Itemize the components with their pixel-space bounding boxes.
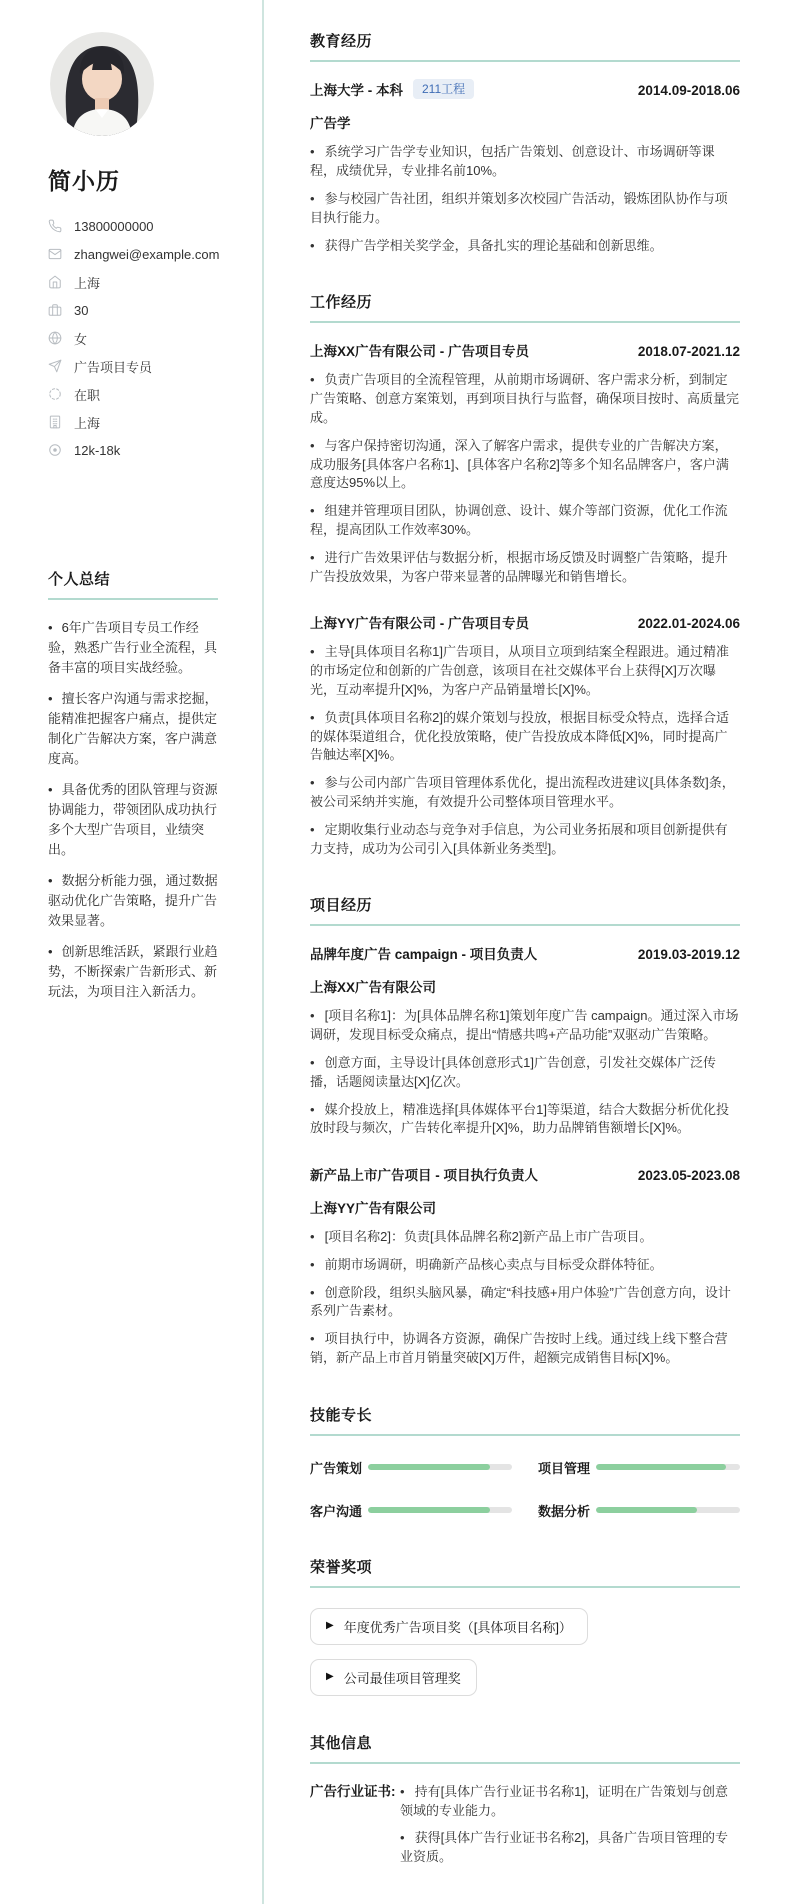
- bullet-item: 负责[具体项目名称2]的媒介策划与投放，根据目标受众特点，选择合适的媒体渠道组合…: [310, 709, 740, 765]
- school-badge: 211工程: [413, 79, 474, 99]
- bullet-item: 创意阶段，组织头脑风暴，确定“科技感+用户体验”广告创意方向，设计系列广告素材。: [310, 1284, 740, 1322]
- personal-summary-section: 个人总结 6年广告项目专员工作经验，熟悉广告行业全流程，具备丰富的项目实战经验。…: [48, 568, 218, 1002]
- project-date: 2019.03-2019.12: [638, 947, 740, 962]
- profile-photo: [50, 32, 154, 136]
- contact-city: 上海: [48, 268, 218, 296]
- contact-text: 在职: [74, 385, 100, 404]
- work-bullet-list: 负责广告项目的全流程管理，从前期市场调研、客户需求分析，到制定广告策略、创意方案…: [310, 371, 740, 586]
- resume-page: 简小历 13800000000 zhangwei@example.com 上海: [0, 0, 794, 1904]
- work-date: 2018.07-2021.12: [638, 344, 740, 359]
- contact-email: zhangwei@example.com: [48, 240, 218, 268]
- bullet-item: 与客户保持密切沟通，深入了解客户需求，提供专业的广告解决方案，成功服务[具体客户…: [310, 437, 740, 493]
- skill-label: 客户沟通: [310, 1501, 368, 1520]
- personal-summary-title: 个人总结: [48, 568, 218, 600]
- work-bullet-list: 主导[具体项目名称1]广告项目，从项目立项到结案全程跟进。通过精准的市场定位和创…: [310, 643, 740, 858]
- bullet-item: 参与校园广告社团，组织并策划多次校园广告活动，锻炼团队协作与项目执行能力。: [310, 190, 740, 228]
- contact-text: 女: [74, 329, 87, 348]
- other-info-title: 其他信息: [310, 1732, 740, 1764]
- award-label: 公司最佳项目管理奖: [344, 1668, 461, 1687]
- bullet-item: 媒介投放上，精准选择[具体媒体平台1]等渠道，结合大数据分析优化投放时段与频次，…: [310, 1101, 740, 1139]
- skill-bar-fill: [596, 1507, 697, 1513]
- personal-summary-list: 6年广告项目专员工作经验，熟悉广告行业全流程，具备丰富的项目实战经验。 擅长客户…: [48, 618, 218, 1002]
- bullet-item: [项目名称1]：为[具体品牌名称1]策划年度广告 campaign。通过深入市场…: [310, 1007, 740, 1045]
- skill-bar: [596, 1464, 740, 1470]
- award-pill: ▶ 公司最佳项目管理奖: [310, 1659, 477, 1696]
- work-date: 2022.01-2024.06: [638, 616, 740, 631]
- summary-bullet: 创新思维活跃，紧跟行业趋势，不断探索广告新形式、新玩法，为项目注入新活力。: [48, 942, 218, 1002]
- contact-text: 上海: [74, 413, 100, 432]
- company-role: 上海YY广告有限公司 - 广告项目专员: [310, 612, 529, 632]
- bullet-item: 创意方面，主导设计[具体创意形式1]广告创意，引发社交媒体广泛传播，话题阅读量达…: [310, 1054, 740, 1092]
- bullet-item: 获得[具体广告行业证书名称2]，具备广告项目管理的专业资质。: [400, 1828, 740, 1866]
- job-intention-icon: [48, 359, 62, 373]
- certificate-row: 广告行业证书: 持有[具体广告行业证书名称1]，证明在广告策划与创意领域的专业能…: [310, 1782, 740, 1874]
- bullet-item: [项目名称2]：负责[具体品牌名称2]新产品上市广告项目。: [310, 1228, 740, 1247]
- contact-job-intention: 广告项目专员: [48, 352, 218, 380]
- skill-label: 广告策划: [310, 1458, 368, 1477]
- contact-work-status: 在职: [48, 380, 218, 408]
- award-pill: ▶ 年度优秀广告项目奖（[具体项目名称]）: [310, 1608, 588, 1645]
- project-name-role: 品牌年度广告 campaign - 项目负责人: [310, 943, 537, 963]
- skill-grid: 广告策划 项目管理 客户沟通 数据分析: [310, 1458, 740, 1520]
- education-entry: 上海大学 - 本科 211工程 2014.09-2018.06 广告学 系统学习…: [310, 79, 740, 255]
- projects-section: 项目经历 品牌年度广告 campaign - 项目负责人 2019.03-201…: [310, 894, 740, 1368]
- bullet-item: 组建并管理项目团队，协调创意、设计、媒介等部门资源，优化工作流程，提高团队工作效…: [310, 502, 740, 540]
- phone-icon: [48, 219, 62, 233]
- education-bullet-list: 系统学习广告学专业知识，包括广告策划、创意设计、市场调研等课程，成绩优异，专业排…: [310, 143, 740, 255]
- projects-title: 项目经历: [310, 894, 740, 926]
- skills-title: 技能专长: [310, 1404, 740, 1436]
- contact-text: zhangwei@example.com: [74, 247, 219, 262]
- school-name: 上海大学 - 本科: [310, 79, 403, 99]
- bullet-item: 持有[具体广告行业证书名称1]，证明在广告策划与创意领域的专业能力。: [400, 1782, 740, 1820]
- email-icon: [48, 247, 62, 261]
- contact-company-location: 上海: [48, 408, 218, 436]
- major-name: 广告学: [310, 112, 740, 132]
- contact-text: 30: [74, 303, 88, 318]
- skill-row: 客户沟通: [310, 1501, 512, 1520]
- skill-bar-fill: [368, 1464, 490, 1470]
- award-label: 年度优秀广告项目奖（[具体项目名称]）: [344, 1617, 572, 1636]
- sidebar: 简小历 13800000000 zhangwei@example.com 上海: [0, 0, 264, 1904]
- bullet-item: 负责广告项目的全流程管理，从前期市场调研、客户需求分析，到制定广告策略、创意方案…: [310, 371, 740, 427]
- skill-row: 广告策划: [310, 1458, 512, 1477]
- work-entry: 上海YY广告有限公司 - 广告项目专员 2022.01-2024.06 主导[具…: [310, 612, 740, 858]
- skill-bar: [368, 1464, 512, 1470]
- contact-gender: 女: [48, 324, 218, 352]
- skills-section: 技能专长 广告策划 项目管理 客户沟通 数据分析: [310, 1404, 740, 1520]
- certificate-bullet-list: 持有[具体广告行业证书名称1]，证明在广告策划与创意领域的专业能力。 获得[具体…: [400, 1782, 740, 1874]
- bullet-item: 前期市场调研，明确新产品核心卖点与目标受众群体特征。: [310, 1256, 740, 1275]
- summary-bullet: 具备优秀的团队管理与资源协调能力，带领团队成功执行多个大型广告项目，业绩突出。: [48, 780, 218, 860]
- company-location-icon: [48, 415, 62, 429]
- project-bullet-list: [项目名称1]：为[具体品牌名称1]策划年度广告 campaign。通过深入市场…: [310, 1007, 740, 1138]
- contact-salary: 12k-18k: [48, 436, 218, 464]
- contact-list: 13800000000 zhangwei@example.com 上海 30: [48, 212, 218, 464]
- play-icon: ▶: [326, 1621, 334, 1631]
- work-entry: 上海XX广告有限公司 - 广告项目专员 2018.07-2021.12 负责广告…: [310, 340, 740, 586]
- skill-label: 项目管理: [538, 1458, 596, 1477]
- bullet-item: 获得广告学相关奖学金，具备扎实的理论基础和创新思维。: [310, 237, 740, 256]
- project-entry: 品牌年度广告 campaign - 项目负责人 2019.03-2019.12 …: [310, 943, 740, 1138]
- summary-bullet: 数据分析能力强，通过数据驱动优化广告策略，提升广告效果显著。: [48, 871, 218, 931]
- project-bullet-list: [项目名称2]：负责[具体品牌名称2]新产品上市广告项目。 前期市场调研，明确新…: [310, 1228, 740, 1368]
- project-entry: 新产品上市广告项目 - 项目执行负责人 2023.05-2023.08 上海YY…: [310, 1164, 740, 1368]
- age-icon: [48, 303, 62, 317]
- person-name: 简小历: [48, 163, 218, 196]
- skill-label: 数据分析: [538, 1501, 596, 1520]
- education-title: 教育经历: [310, 30, 740, 62]
- contact-text: 12k-18k: [74, 443, 120, 458]
- work-section: 工作经历 上海XX广告有限公司 - 广告项目专员 2018.07-2021.12…: [310, 291, 740, 858]
- company-role: 上海XX广告有限公司 - 广告项目专员: [310, 340, 529, 360]
- education-section: 教育经历 上海大学 - 本科 211工程 2014.09-2018.06 广告学…: [310, 30, 740, 255]
- project-company: 上海XX广告有限公司: [310, 976, 740, 996]
- contact-text: 13800000000: [74, 219, 154, 234]
- avatar-illustration: [50, 32, 154, 136]
- skill-bar: [596, 1507, 740, 1513]
- bullet-item: 系统学习广告学专业知识，包括广告策划、创意设计、市场调研等课程，成绩优异，专业排…: [310, 143, 740, 181]
- summary-bullet: 擅长客户沟通与需求挖掘，能精准把握客户痛点，提供定制化广告解决方案，客户满意度高…: [48, 689, 218, 769]
- bullet-item: 主导[具体项目名称1]广告项目，从项目立项到结案全程跟进。通过精准的市场定位和创…: [310, 643, 740, 699]
- gender-icon: [48, 331, 62, 345]
- skill-row: 项目管理: [538, 1458, 740, 1477]
- skill-bar: [368, 1507, 512, 1513]
- contact-phone: 13800000000: [48, 212, 218, 240]
- play-icon: ▶: [326, 1672, 334, 1682]
- skill-bar-fill: [368, 1507, 490, 1513]
- summary-bullet: 6年广告项目专员工作经验，熟悉广告行业全流程，具备丰富的项目实战经验。: [48, 618, 218, 678]
- skill-bar-fill: [596, 1464, 726, 1470]
- project-name-role: 新产品上市广告项目 - 项目执行负责人: [310, 1164, 538, 1184]
- contact-text: 上海: [74, 273, 100, 292]
- bullet-item: 项目执行中，协调各方资源，确保广告按时上线。通过线上线下整合营销，新产品上市首月…: [310, 1330, 740, 1368]
- certificate-label: 广告行业证书:: [310, 1782, 400, 1874]
- bullet-item: 定期收集行业动态与竞争对手信息，为公司业务拓展和项目创新提供有力支持，成功为公司…: [310, 821, 740, 859]
- resume-main: 教育经历 上海大学 - 本科 211工程 2014.09-2018.06 广告学…: [264, 0, 794, 1904]
- skill-row: 数据分析: [538, 1501, 740, 1520]
- salary-icon: [48, 443, 62, 457]
- work-title: 工作经历: [310, 291, 740, 323]
- award-list: ▶ 年度优秀广告项目奖（[具体项目名称]） ▶ 公司最佳项目管理奖: [310, 1608, 740, 1696]
- honors-title: 荣誉奖项: [310, 1556, 740, 1588]
- project-company: 上海YY广告有限公司: [310, 1197, 740, 1217]
- contact-age: 30: [48, 296, 218, 324]
- home-icon: [48, 275, 62, 289]
- honors-section: 荣誉奖项 ▶ 年度优秀广告项目奖（[具体项目名称]） ▶ 公司最佳项目管理奖: [310, 1556, 740, 1696]
- bullet-item: 进行广告效果评估与数据分析，根据市场反馈及时调整广告策略，提升广告投放效果，为客…: [310, 549, 740, 587]
- bullet-item: 参与公司内部广告项目管理体系优化，提出流程改进建议[具体条数]条，被公司采纳并实…: [310, 774, 740, 812]
- contact-text: 广告项目专员: [74, 357, 152, 376]
- education-date: 2014.09-2018.06: [638, 83, 740, 98]
- project-date: 2023.05-2023.08: [638, 1168, 740, 1183]
- other-info-section: 其他信息 广告行业证书: 持有[具体广告行业证书名称1]，证明在广告策划与创意领…: [310, 1732, 740, 1874]
- work-status-icon: [48, 387, 62, 401]
